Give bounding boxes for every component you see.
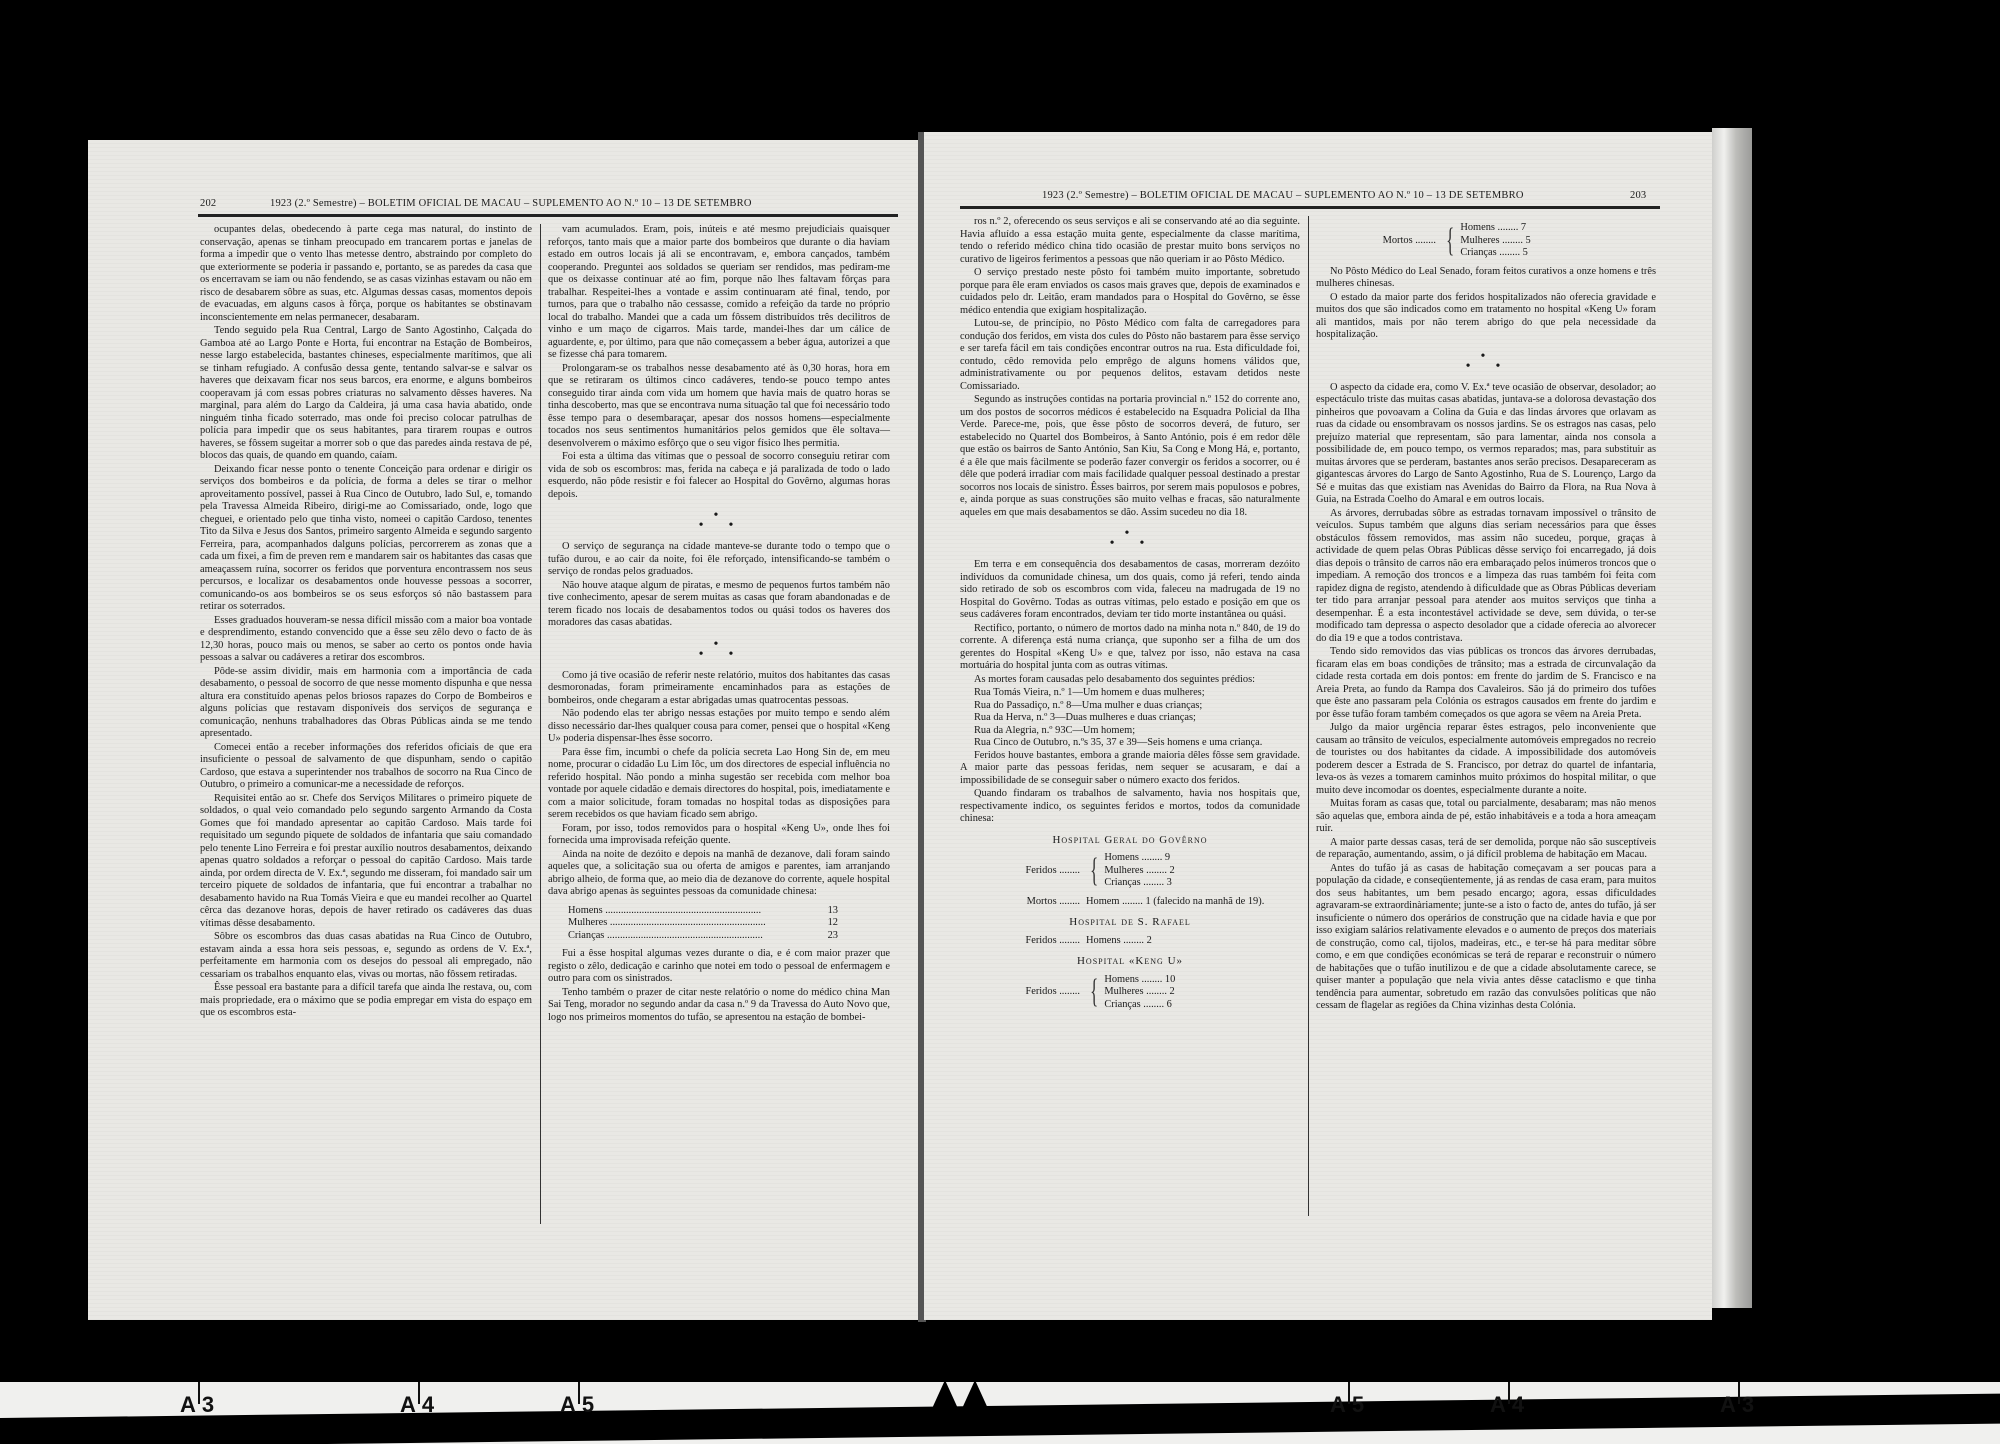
paragraph: Sôbre os escombros das duas casas abatid… [200,931,532,981]
paragraph: O serviço prestado neste pôsto foi també… [960,267,1300,317]
paragraph: Tenho também o prazer de citar neste rel… [548,987,890,1025]
table-row: Homens .................................… [568,905,838,918]
paragraph: Deixando ficar nesse ponto o tenente Con… [200,464,532,614]
paragraph: Muitas foram as casas que, total ou parc… [1316,798,1656,836]
paragraph: Esses graduados houveram-se nessa difíci… [200,615,532,665]
paragraph: Como já tive ocasião de referir neste re… [548,670,890,708]
list-item: Rua da Herva, n.º 3—Duas mulheres e duas… [974,712,1300,725]
paragraph: Foram, por isso, todos removidos para o … [548,823,890,848]
column-divider [540,224,541,1224]
paragraph: Comecei então a receber informações dos … [200,742,532,792]
right-column-1: ros n.º 2, oferecendo os seus serviços e… [960,216,1300,1017]
paragraph: Não houve ataque algum de piratas, e mes… [548,580,890,630]
section-separator: •• • [1316,352,1656,372]
frame-mark: A4 [1490,1392,1524,1418]
header-rule [960,206,1660,209]
keng-u-shelter-table: Homens .................................… [568,905,890,943]
paragraph: Quando findaram os trabalhos de salvamen… [960,788,1300,826]
section-separator: •• • [548,511,890,531]
section-separator: •• • [548,640,890,660]
paragraph: No Pôsto Médico do Leal Senado, foram fe… [1316,266,1656,291]
paragraph: Segundo as instruções contidas na portar… [960,394,1300,519]
paragraph: As árvores, derrubadas sôbre as estradas… [1316,508,1656,646]
paragraph: Antes do tufão já as casas de habitação … [1316,863,1656,1013]
running-header-left: 1923 (2.º Semestre) – BOLETIM OFICIAL DE… [270,198,752,209]
right-column-2: Mortos ........{Homens ........ 7Mulhere… [1316,216,1656,1014]
paragraph: vam acumulados. Eram, pois, inúteis e at… [548,224,890,362]
paragraph: Êsse pessoal era bastante para a difícil… [200,982,532,1020]
casualty-group: Feridos ........{Homens ........ 9Mulher… [960,852,1300,890]
frame-mark: A5 [1330,1392,1364,1418]
left-column-2: vam acumulados. Eram, pois, inúteis e at… [548,224,890,1025]
paragraph: Foi esta a última das vítimas que o pess… [548,451,890,501]
paragraph: Lutou-se, de princípio, no Pôsto Médico … [960,318,1300,393]
list-item: Rua Tomás Vieira, n.º 1—Um homem e duas … [974,687,1300,700]
paragraph: Fui a êsse hospital algumas vezes durant… [548,948,890,986]
microfilm-frame: 202 1923 (2.º Semestre) – BOLETIM OFICIA… [0,0,2000,1444]
paragraph: Para êsse fim, incumbi o chefe da políci… [548,747,890,822]
casualty-group: Mortos ........Homem ........ 1 (falecid… [960,896,1300,909]
page-number-right: 203 [1630,190,1646,201]
paragraph: Requisitei então ao sr. Chefe dos Serviç… [200,793,532,931]
paragraph: Rectifico, portanto, o número de mortos … [960,623,1300,673]
paragraph: Julgo da maior urgência reparar êstes es… [1316,722,1656,797]
page-202: 202 1923 (2.º Semestre) – BOLETIM OFICIA… [88,140,922,1320]
paragraph: Prolongaram-se os trabalhos nesse desaba… [548,363,890,451]
film-notch [955,1380,995,1424]
paragraph: O estado da maior parte dos feridos hosp… [1316,292,1656,342]
casualty-group: Mortos ........{Homens ........ 7Mulhere… [1316,222,1656,260]
page-number-left: 202 [200,198,216,209]
column-divider [1308,216,1309,1216]
paragraph: ocupantes delas, obedecendo à parte cega… [200,224,532,324]
page-edge-stack [1712,128,1752,1308]
building-list: Rua Tomás Vieira, n.º 1—Um homem e duas … [960,687,1300,750]
left-column-1: ocupantes delas, obedecendo à parte cega… [200,224,532,1021]
paragraph: O aspecto da cidade era, como V. Ex.ª te… [1316,382,1656,507]
section-separator: •• • [960,529,1300,549]
list-item: Rua do Passadiço, n.º 8—Uma mulher e dua… [974,700,1300,713]
header-rule [198,214,898,217]
paragraph: Tendo seguido pela Rua Central, Largo de… [200,325,532,463]
paragraph: As mortes foram causadas pelo desabament… [960,674,1300,687]
hospital-heading: Hospital Geral do Govêrno [960,834,1300,847]
frame-mark: A3 [180,1392,214,1418]
list-item: Rua Cinco de Outubro, n.ºs 35, 37 e 39—S… [974,737,1300,750]
paragraph: Pôde-se assim dividir, mais em harmonia … [200,666,532,741]
frame-mark: A4 [400,1392,434,1418]
paragraph: A maior parte dessas casas, terá de ser … [1316,837,1656,862]
casualty-group: Feridos ........Homens ........ 2 [960,935,1300,948]
table-row: Crianças ...............................… [568,930,838,943]
hospital-heading: Hospital de S. Rafael [960,916,1300,929]
running-header-right: 1923 (2.º Semestre) – BOLETIM OFICIAL DE… [1042,190,1524,201]
paragraph: Feridos houve bastantes, embora a grande… [960,750,1300,788]
frame-mark: A3 [1720,1392,1754,1418]
page-203: 1923 (2.º Semestre) – BOLETIM OFICIAL DE… [924,132,1712,1320]
casualty-group: Feridos ........{Homens ........ 10Mulhe… [960,974,1300,1012]
list-item: Rua da Alegria, n.º 93C—Um homem; [974,725,1300,738]
hospital-tables: Hospital Geral do GovêrnoFeridos .......… [960,834,1300,1012]
paragraph: Em terra e em consequência dos desabamen… [960,559,1300,622]
paragraph: Não podendo elas ter abrigo nessas estaç… [548,708,890,746]
table-row: Mulheres ...............................… [568,917,838,930]
paragraph: Ainda na noite de dezóito e depois na ma… [548,849,890,899]
hospital-heading: Hospital «Keng U» [960,955,1300,968]
paragraph: ros n.º 2, oferecendo os seus serviços e… [960,216,1300,266]
frame-mark: A5 [560,1392,594,1418]
paragraph: O serviço de segurança na cidade manteve… [548,541,890,579]
paragraph: Tendo sido removidos das vias públicas o… [1316,646,1656,721]
